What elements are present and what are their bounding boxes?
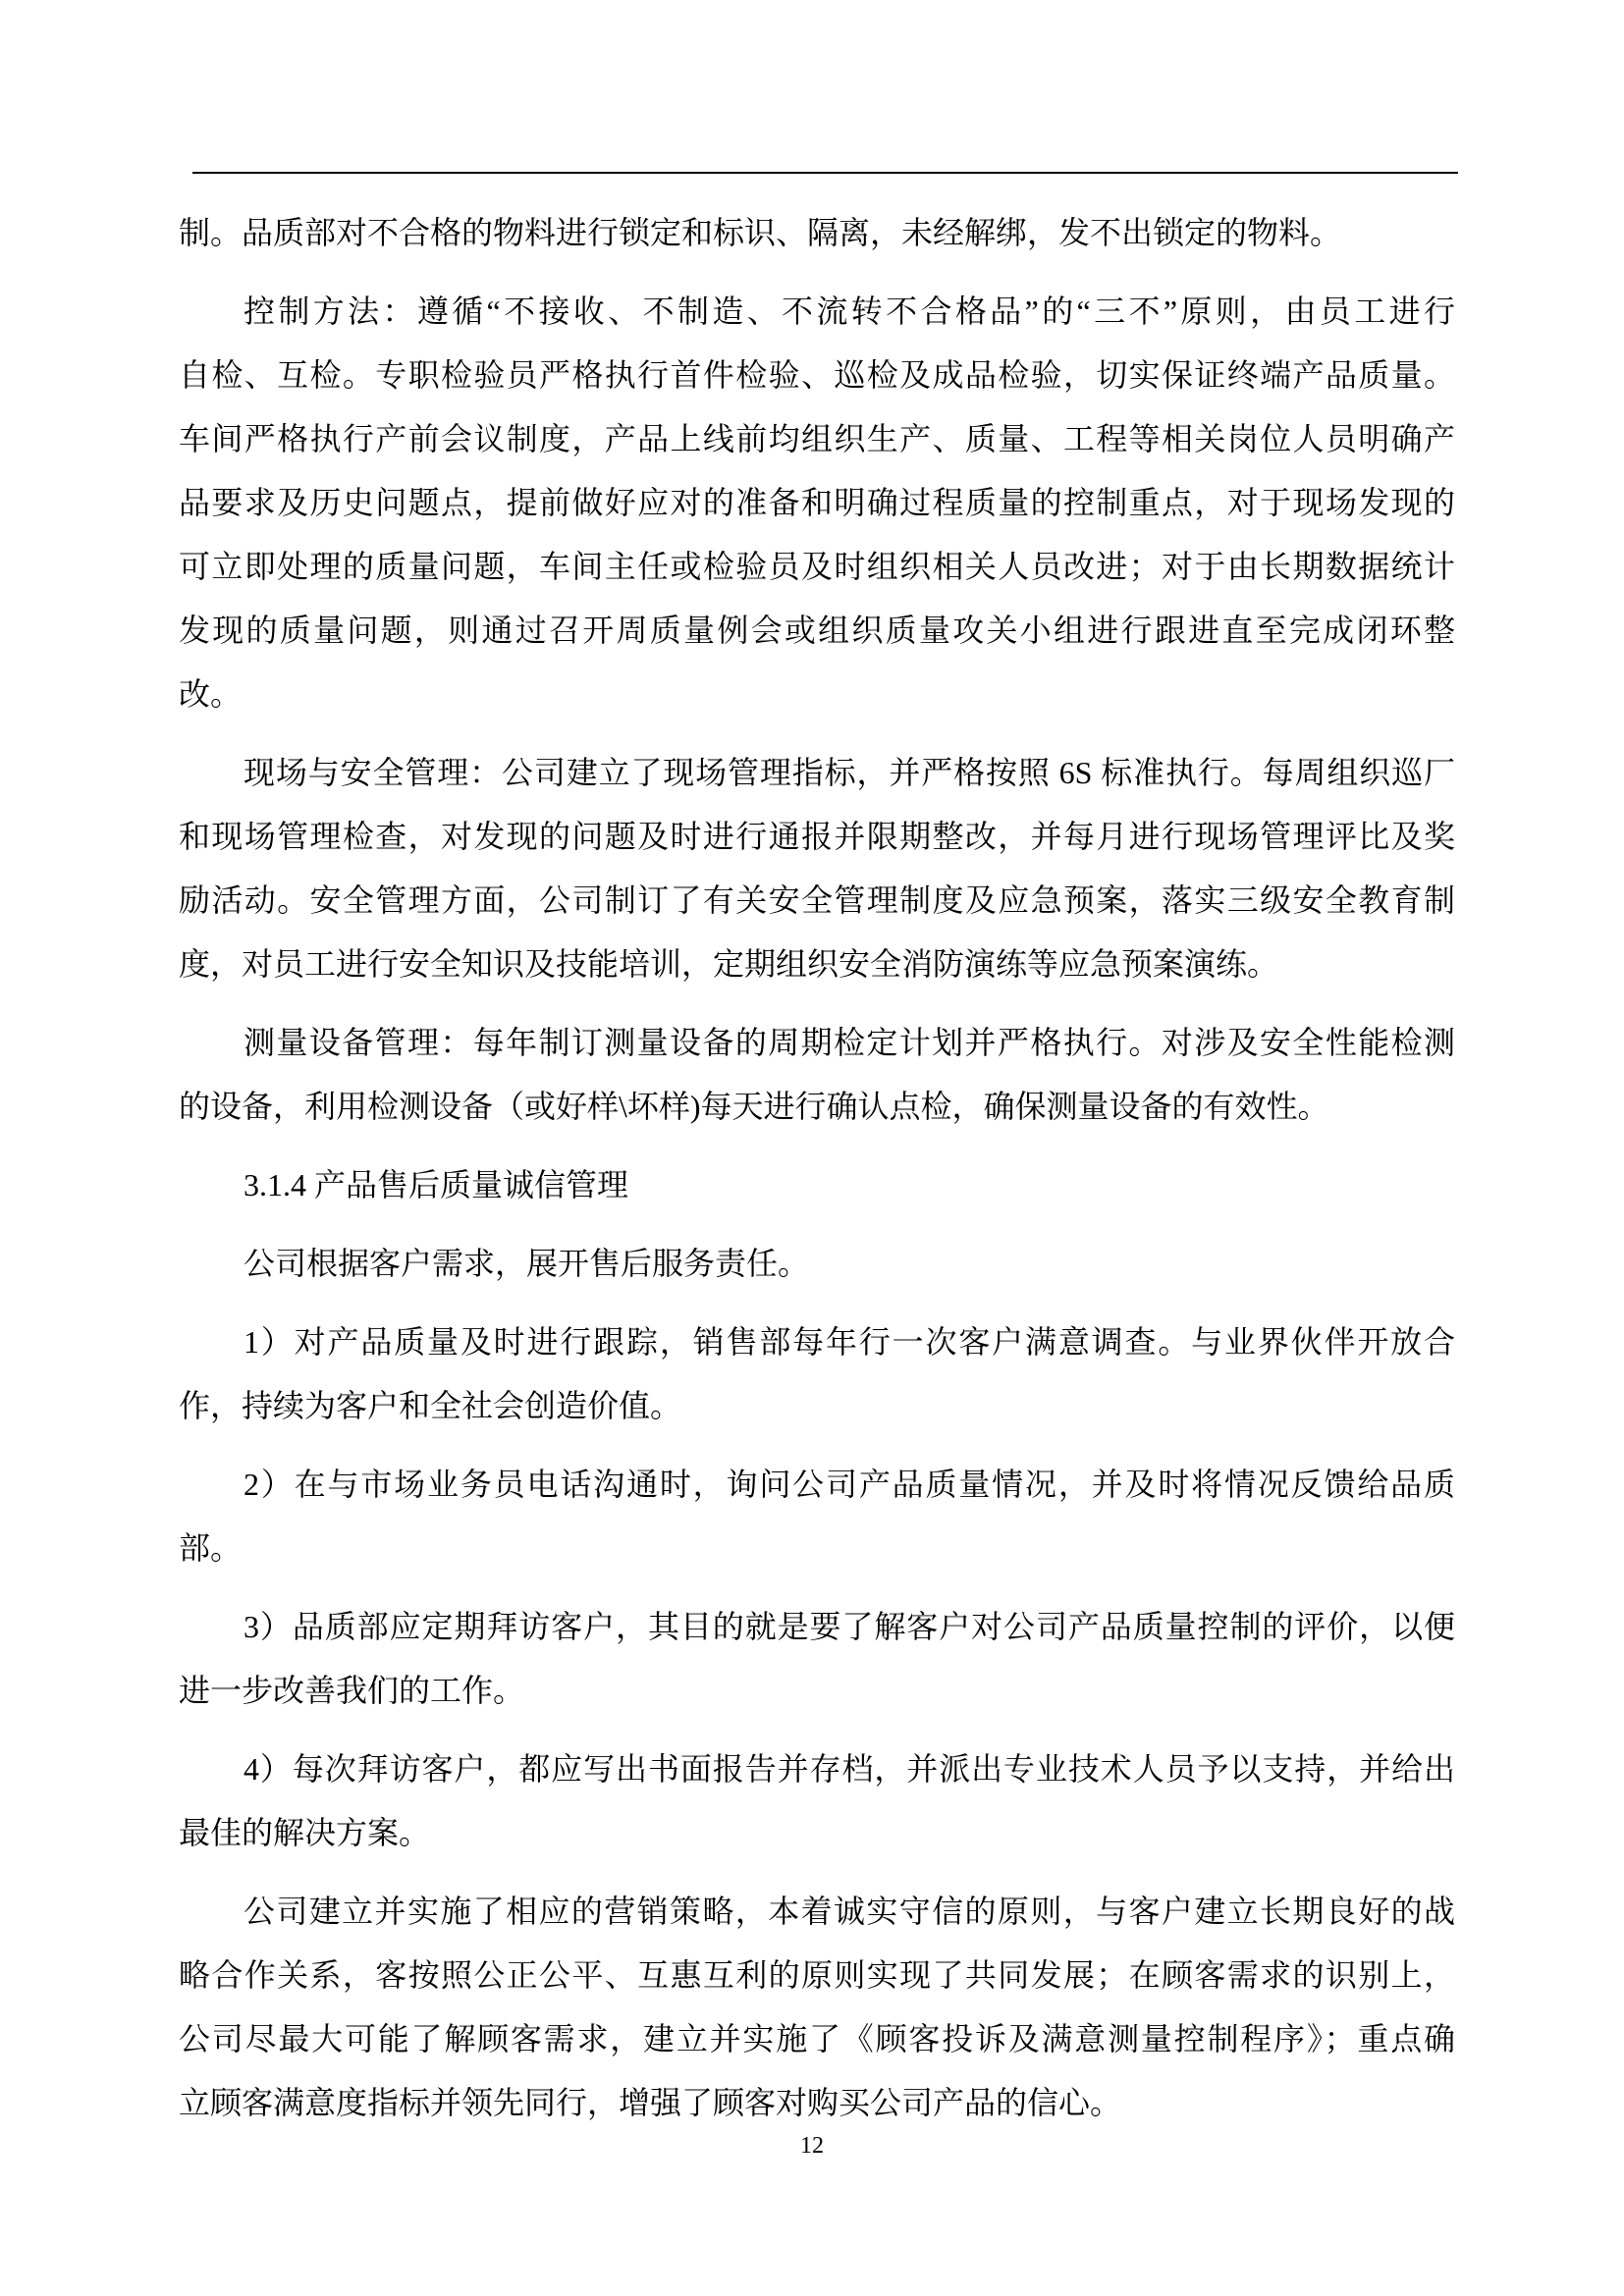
paragraph-after-sales-intro: 公司根据客户需求，展开售后服务责任。 — [179, 1232, 1455, 1296]
page-number: 12 — [0, 2132, 1624, 2160]
list-item-3: 3）品质部应定期拜访客户，其目的就是要了解客户对公司产品质量控制的评价，以便 进… — [179, 1595, 1455, 1723]
list-item-2: 2）在与市场业务员电话沟通时，询问公司产品质量情况，并及时将情况反馈给品质 部。 — [179, 1453, 1455, 1580]
text-line: 3）品质部应定期拜访客户，其目的就是要了解客户对公司产品质量控制的评价，以便 — [179, 1595, 1455, 1659]
paragraph-control-method: 控制方法：遵循“不接收、不制造、不流转不合格品”的“三不”原则，由员工进行 自检… — [179, 280, 1455, 726]
text-line: 公司根据客户需求，展开售后服务责任。 — [179, 1232, 1455, 1296]
paragraph-material-lock: 制。品质部对不合格的物料进行锁定和标识、隔离，未经解绑，发不出锁定的物料。 — [179, 201, 1455, 265]
text-line: 部。 — [179, 1517, 1455, 1580]
paragraph-measurement-equipment: 测量设备管理：每年制订测量设备的周期检定计划并严格执行。对涉及安全性能检测 的设… — [179, 1011, 1455, 1139]
text-line: 公司尽最大可能了解顾客需求，建立并实施了《顾客投诉及满意测量控制程序》；重点确 — [179, 2007, 1455, 2071]
section-heading-3-1-4: 3.1.4 产品售后质量诚信管理 — [179, 1153, 1455, 1217]
text-line: 车间严格执行产前会议制度，产品上线前均组织生产、质量、工程等相关岗位人员明确产 — [179, 407, 1455, 471]
section-heading: 3.1.4 产品售后质量诚信管理 — [179, 1153, 1455, 1217]
paragraph-marketing-strategy: 公司建立并实施了相应的营销策略，本着诚实守信的原则，与客户建立长期良好的战 略合… — [179, 1880, 1455, 2135]
text-line: 公司建立并实施了相应的营销策略，本着诚实守信的原则，与客户建立长期良好的战 — [179, 1880, 1455, 1944]
text-line: 4）每次拜访客户，都应写出书面报告并存档，并派出专业技术人员予以支持，并给出 — [179, 1737, 1455, 1801]
text-line: 度，对员工进行安全知识及技能培训，定期组织安全消防演练等应急预案演练。 — [179, 933, 1455, 996]
text-line: 进一步改善我们的工作。 — [179, 1659, 1455, 1723]
text-line: 控制方法：遵循“不接收、不制造、不流转不合格品”的“三不”原则，由员工进行 — [179, 280, 1455, 344]
text-line: 的设备，利用检测设备（或好样\坏样)每天进行确认点检，确保测量设备的有效性。 — [179, 1075, 1455, 1139]
text-line: 立顾客满意度指标并领先同行，增强了顾客对购买公司产品的信心。 — [179, 2071, 1455, 2135]
text-line: 励活动。安全管理方面，公司制订了有关安全管理制度及应急预案，落实三级安全教育制 — [179, 869, 1455, 933]
list-item-4: 4）每次拜访客户，都应写出书面报告并存档，并派出专业技术人员予以支持，并给出 最… — [179, 1737, 1455, 1865]
text-line: 可立即处理的质量问题，车间主任或检验员及时组织相关人员改进；对于由长期数据统计 — [179, 535, 1455, 599]
text-line: 发现的质量问题，则通过召开周质量例会或组织质量攻关小组进行跟进直至完成闭环整 — [179, 599, 1455, 663]
text-line: 和现场管理检查，对发现的问题及时进行通报并限期整改，并每月进行现场管理评比及奖 — [179, 805, 1455, 869]
text-line: 自检、互检。专职检验员严格执行首件检验、巡检及成品检验，切实保证终端产品质量。 — [179, 344, 1455, 407]
text-line: 2）在与市场业务员电话沟通时，询问公司产品质量情况，并及时将情况反馈给品质 — [179, 1453, 1455, 1517]
paragraph-site-safety: 现场与安全管理：公司建立了现场管理指标，并严格按照 6S 标准执行。每周组织巡厂… — [179, 741, 1455, 996]
header-rule — [192, 172, 1458, 174]
text-line: 最佳的解决方案。 — [179, 1801, 1455, 1865]
text-line: 测量设备管理：每年制订测量设备的周期检定计划并严格执行。对涉及安全性能检测 — [179, 1011, 1455, 1075]
text-line: 1）对产品质量及时进行跟踪，销售部每年行一次客户满意调查。与业界伙伴开放合 — [179, 1310, 1455, 1374]
document-body: 制。品质部对不合格的物料进行锁定和标识、隔离，未经解绑，发不出锁定的物料。 控制… — [179, 201, 1455, 2150]
text-line: 略合作关系，客按照公正公平、互惠互利的原则实现了共同发展；在顾客需求的识别上， — [179, 1944, 1455, 2007]
text-line: 制。品质部对不合格的物料进行锁定和标识、隔离，未经解绑，发不出锁定的物料。 — [179, 201, 1455, 265]
text-line: 品要求及历史问题点，提前做好应对的准备和明确过程质量的控制重点，对于现场发现的 — [179, 471, 1455, 535]
text-line: 作，持续为客户和全社会创造价值。 — [179, 1374, 1455, 1438]
text-line: 改。 — [179, 663, 1455, 726]
text-line: 现场与安全管理：公司建立了现场管理指标，并严格按照 6S 标准执行。每周组织巡厂 — [179, 741, 1455, 805]
list-item-1: 1）对产品质量及时进行跟踪，销售部每年行一次客户满意调查。与业界伙伴开放合 作，… — [179, 1310, 1455, 1438]
